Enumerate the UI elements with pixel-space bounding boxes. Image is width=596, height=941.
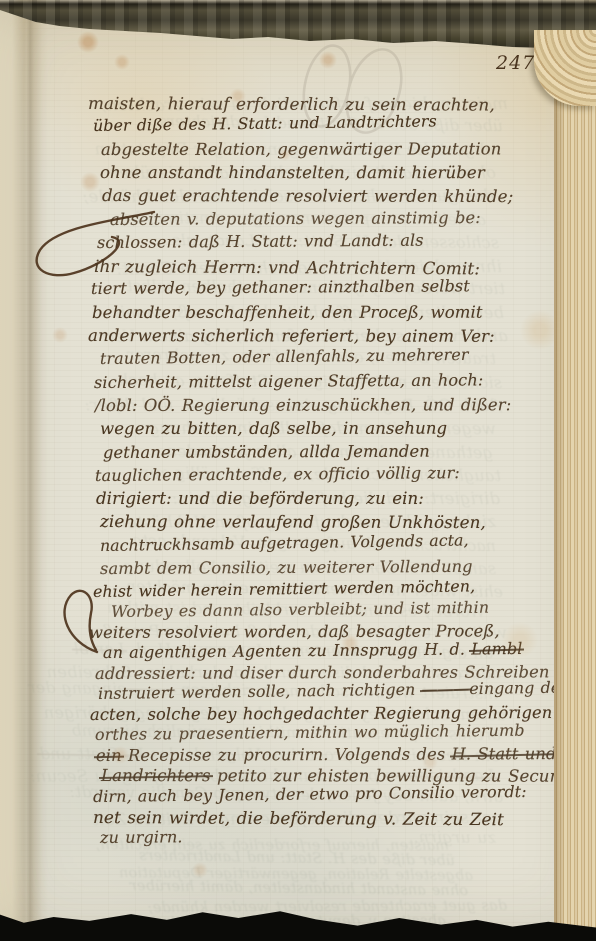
manuscript-page: maisten, hierauf erforderlich zu sein er… xyxy=(0,0,596,941)
manuscript-line: orthes zu praesentiern, mithin wo müglic… xyxy=(95,721,525,744)
manuscript-line: /lobl: OÖ. Regierung einzuschückhen, und… xyxy=(95,395,511,415)
manuscript-line: schlossen: daß H. Statt: vnd Landt: als xyxy=(97,230,424,251)
manuscript-line: abseiten v. deputations wegen ainstimig … xyxy=(110,207,481,228)
manuscript-line-segment: orthes zu praesentiern, mithin wo müglic… xyxy=(95,721,525,744)
manuscript-line: tauglichen erachtende, ex officio völlig… xyxy=(95,463,460,485)
manuscript-line-segment: Recepisse zu procurirn. Volgends des xyxy=(121,744,451,764)
manuscript-line-segment: sambt dem Consilio, zu weiterer Vollendu… xyxy=(100,557,473,578)
manuscript-line-segment: schlossen: daß H. Statt: vnd Landt: als xyxy=(97,230,424,251)
manuscript-line: zu urgirn. xyxy=(100,827,183,847)
manuscript-line: sambt dem Consilio, zu weiterer Vollendu… xyxy=(100,557,473,578)
manuscript-line: tiert werde, bey gethaner: ainzthalben s… xyxy=(91,277,470,299)
manuscript-line: gethaner umbständen, allda Jemanden xyxy=(103,441,430,461)
manuscript-line-segment: das guet erachtende resolviert werden kh… xyxy=(102,186,513,206)
manuscript-line: anderwerts sicherlich referiert, bey ain… xyxy=(88,326,495,346)
manuscript-line-segment: gethaner umbständen, allda Jemanden xyxy=(103,441,430,461)
manuscript-line: trauten Botten, oder allenfahls, zu mehr… xyxy=(100,345,469,368)
manuscript-line: nachtruckhsamb aufgetragen. Volgends act… xyxy=(100,530,469,555)
manuscript-line: ziehung ohne verlaufend großen Unkhösten… xyxy=(100,512,486,532)
manuscript-line-segment: abgestelte Relation, gegenwärtiger Deput… xyxy=(101,139,501,159)
manuscript-line-segment: ohne anstandt hindanstelten, damit hierü… xyxy=(100,163,485,182)
manuscript-line-segment: über diße des H. Statt: und Landtrichter… xyxy=(93,112,437,136)
manuscript-line: ohne anstandt hindanstelten, damit hierü… xyxy=(100,163,485,182)
manuscript-line-segment: ihr zugleich Herrn: vnd Achtrichtern Com… xyxy=(94,256,480,278)
manuscript-line: behandter beschaffenheit, den Proceß, wo… xyxy=(92,302,483,321)
struck-text: H. Statt und xyxy=(451,744,556,763)
manuscript-line-segment: anderwerts sicherlich referiert, bey ain… xyxy=(88,326,495,346)
manuscript-line: an aigenthigen Agenten zu Innsprugg H. d… xyxy=(103,639,523,662)
struck-text: ein xyxy=(95,745,121,764)
manuscript-line: ein Recepisse zu procurirn. Volgends des… xyxy=(95,744,556,765)
manuscript-line-segment: trauten Botten, oder allenfahls, zu mehr… xyxy=(100,345,469,368)
manuscript-line: sicherheit, mittelst aigener Staffetta, … xyxy=(93,370,482,392)
manuscript-line-segment: tauglichen erachtende, ex officio völlig… xyxy=(95,463,460,485)
manuscript-line-segment: sicherheit, mittelst aigener Staffetta, … xyxy=(93,370,482,392)
manuscript-line-segment: ziehung ohne verlaufend großen Unkhösten… xyxy=(100,512,486,532)
manuscript-line: das guet erachtende resolviert werden kh… xyxy=(102,186,513,206)
manuscript-line-segment: /lobl: OÖ. Regierung einzuschückhen, und… xyxy=(95,395,511,415)
manuscript-line-segment: abseiten v. deputations wegen ainstimig … xyxy=(110,207,481,228)
manuscript-line: abgestelte Relation, gegenwärtiger Deput… xyxy=(101,139,501,159)
manuscript-line-segment: Worbey es dann also verbleibt; und ist m… xyxy=(111,598,489,621)
manuscript-line-segment: zu urgirn. xyxy=(100,827,183,847)
manuscript-line-segment: wegen zu bitten, daß selbe, in ansehung xyxy=(100,419,447,438)
struck-text: Landrichters xyxy=(101,766,211,785)
manuscript-line: net sein wirdet, die beförderung v. Zeit… xyxy=(93,807,504,829)
manuscript-line: über diße des H. Statt: und Landtrichter… xyxy=(93,112,437,136)
manuscript-line-segment: an aigenthigen Agenten zu Innsprugg H. d… xyxy=(103,639,471,662)
manuscript-line-segment: net sein wirdet, die beförderung v. Zeit… xyxy=(93,807,504,829)
manuscript-line-segment: nachtruckhsamb aufgetragen. Volgends act… xyxy=(100,530,469,555)
manuscript-line-segment: behandter beschaffenheit, den Proceß, wo… xyxy=(92,302,483,321)
manuscript-line-segment: dirigiert: und die beförderung, zu ein: xyxy=(96,489,424,508)
manuscript-line: dirigiert: und die beförderung, zu ein: xyxy=(96,489,424,508)
book-fore-edge xyxy=(554,34,596,941)
manuscript-line: wegen zu bitten, daß selbe, in ansehung xyxy=(100,419,447,438)
manuscript-line-segment: tiert werde, bey gethaner: ainzthalben s… xyxy=(91,277,470,299)
book-scan: maisten, hierauf erforderlich zu sein er… xyxy=(0,0,596,941)
manuscript-line: ihr zugleich Herrn: vnd Achtrichtern Com… xyxy=(94,256,480,278)
struck-text: Lambl xyxy=(471,639,522,658)
manuscript-line: Worbey es dann also verbleibt; und ist m… xyxy=(111,598,489,621)
manuscript-line-segment: weiters resolviert worden, daß besagter … xyxy=(89,621,500,642)
manuscript-line-segment: eingang der xyxy=(469,678,568,698)
struck-text: ——— xyxy=(421,679,469,699)
manuscript-line: weiters resolviert worden, daß besagter … xyxy=(89,621,500,642)
manuscript-text-block: maisten, hierauf erforderlich zu sein er… xyxy=(0,0,596,941)
manuscript-line-segment: instruiert werden solle, nach richtigen xyxy=(98,680,422,703)
